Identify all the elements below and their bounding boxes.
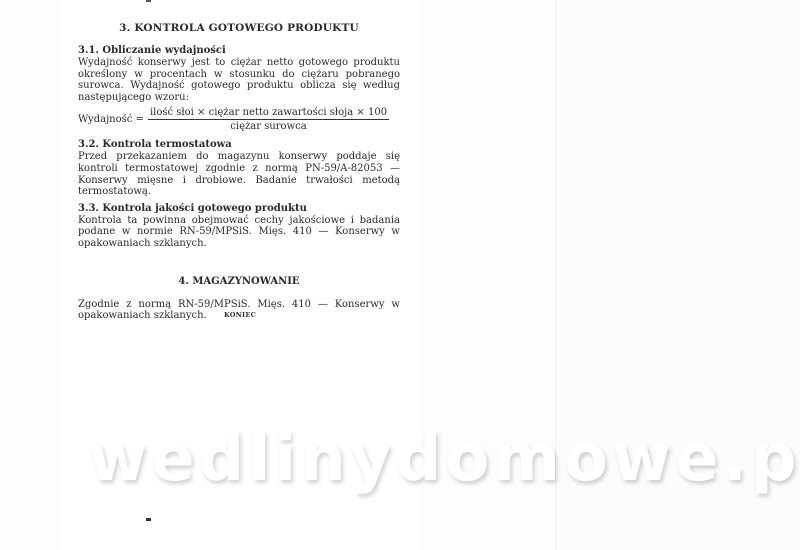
yield-formula: Wydajność = ilość słoi × ciężar netto za… (78, 107, 400, 132)
end-label: KONIEC (224, 311, 256, 319)
subsection-3-3-heading: 3.3. Kontrola jakości gotowego produktu (78, 202, 400, 215)
scan-mark (146, 0, 151, 2)
section-3-heading: 3. KONTROLA GOTOWEGO PRODUKTU (78, 22, 400, 34)
subsection-3-3-text: Kontrola ta powinna obejmować cechy jako… (78, 215, 400, 250)
section-4-heading: 4. MAGAZYNOWANIE (78, 276, 400, 287)
formula-numerator: ilość słoi × ciężar netto zawartości sło… (148, 107, 389, 120)
formula-denominator: ciężar surowca (230, 120, 306, 132)
document-content: 3. KONTROLA GOTOWEGO PRODUKTU 3.1. Oblic… (78, 22, 400, 326)
watermark: wedlinydomowe.pl (88, 422, 800, 496)
scan-mark (146, 518, 151, 521)
subsection-3-2-text: Przed przekazaniem do magazynu konserwy … (78, 151, 400, 197)
subsection-3-1-heading: 3.1. Obliczanie wydajności (78, 44, 400, 57)
subsection-3-1-text: Wydajność konserwy jest to ciężar netto … (78, 57, 400, 103)
subsection-3-2-heading: 3.2. Kontrola termostatowa (78, 138, 400, 151)
formula-fraction: ilość słoi × ciężar netto zawartości sło… (148, 107, 389, 132)
formula-label: Wydajność = (78, 114, 144, 125)
